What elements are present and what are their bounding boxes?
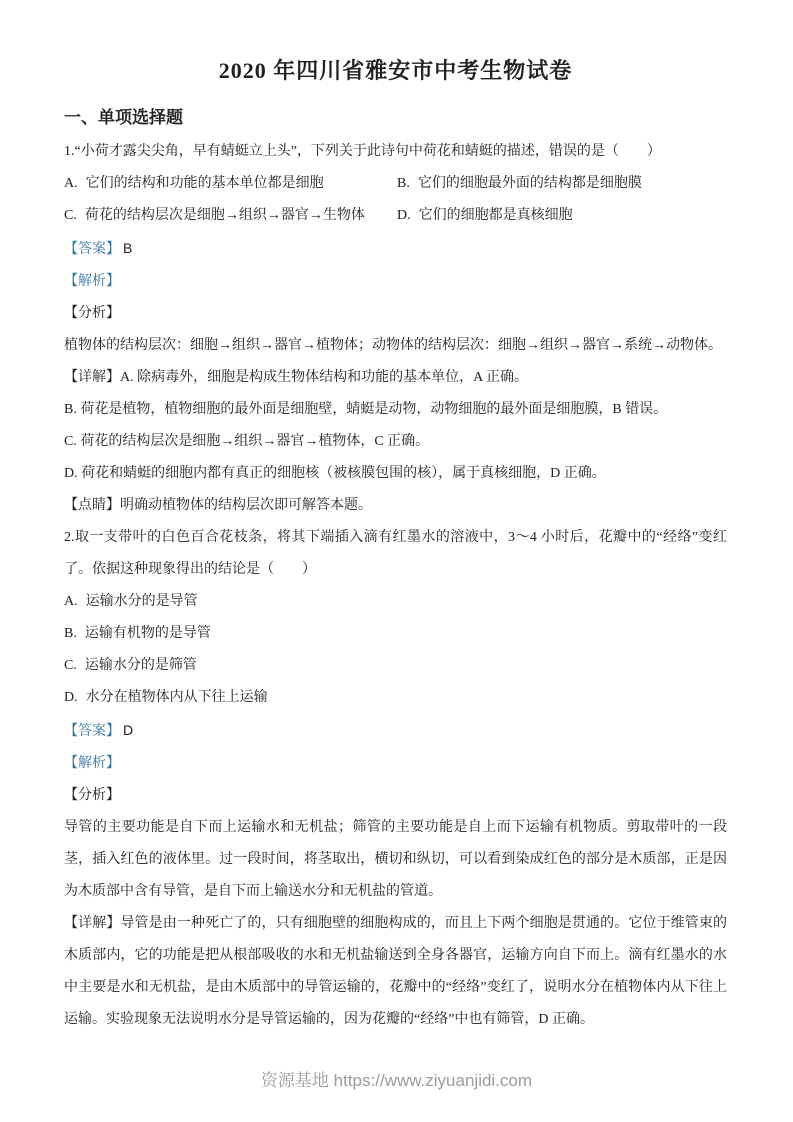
question-stem-text: 取一支带叶的白色百合花枝条，将其下端插入滴有红墨水的溶液中，3～4 小时后，花瓣…	[64, 530, 727, 577]
option-d-label: D.	[397, 200, 411, 232]
question-stem: 1.“小荷才露尖尖角，早有蜻蜓立上头”，下列关于此诗句中荷花和蜻蜓的描述，错误的…	[64, 136, 727, 168]
option-b-text: 运输有机物的是导管	[85, 626, 211, 641]
page-footer: 资源基地 https://www.ziyuanjidi.com	[0, 1066, 793, 1091]
analysis-label: 【分析】	[64, 788, 120, 803]
page-title: 2020 年四川省雅安市中考生物试卷	[64, 57, 727, 85]
explanation-label: 【解析】	[64, 756, 120, 771]
document-page: 2020 年四川省雅安市中考生物试卷 一、单项选择题 1.“小荷才露尖尖角，早有…	[0, 0, 793, 1036]
analysis-label: 【分析】	[64, 306, 120, 321]
option-b-label: B.	[64, 618, 77, 650]
option-a: A.运输水分的是导管	[64, 586, 727, 618]
answer-label: 【答案】	[64, 724, 120, 739]
explanation-line: 【解析】	[64, 266, 727, 298]
question-2: 2.取一支带叶的白色百合花枝条，将其下端插入滴有红墨水的溶液中，3～4 小时后，…	[64, 522, 727, 1036]
option-b: B.它们的细胞最外面的结构都是细胞膜	[397, 168, 727, 200]
exam-content: 1.“小荷才露尖尖角，早有蜻蜓立上头”，下列关于此诗句中荷花和蜻蜓的描述，错误的…	[64, 136, 727, 1036]
option-c-label: C.	[64, 200, 77, 232]
answer-value: D	[123, 722, 133, 738]
detail-paragraph-c: C. 荷花的结构层次是细胞→组织→器官→植物体，C 正确。	[64, 426, 727, 458]
option-a: A.它们的结构和功能的基本单位都是细胞	[64, 168, 397, 200]
options-grid: A.它们的结构和功能的基本单位都是细胞 B.它们的细胞最外面的结构都是细胞膜 C…	[64, 168, 727, 232]
analysis-heading-line: 【分析】	[64, 298, 727, 330]
section-heading: 一、单项选择题	[64, 106, 727, 130]
option-b-label: B.	[397, 168, 410, 200]
question-stem-text: “小荷才露尖尖角，早有蜻蜓立上头”，下列关于此诗句中荷花和蜻蜓的描述，错误的是（…	[75, 144, 661, 159]
explanation-line: 【解析】	[64, 748, 727, 780]
option-d-text: 它们的细胞都是真核细胞	[419, 208, 573, 223]
option-b: B.运输有机物的是导管	[64, 618, 727, 650]
option-a-text: 它们的结构和功能的基本单位都是细胞	[86, 176, 324, 191]
detail-label: 【详解】	[64, 916, 120, 931]
detail-text: 导管是由一种死亡了的，只有细胞壁的细胞构成的，而且上下两个细胞是贯通的。它位于维…	[64, 916, 727, 1027]
option-c-text: 荷花的结构层次是细胞→组织→器官→生物体	[85, 208, 365, 223]
option-a-label: A.	[64, 168, 78, 200]
option-d: D.它们的细胞都是真核细胞	[397, 200, 727, 232]
option-a-label: A.	[64, 586, 78, 618]
detail-paragraph: 【详解】导管是由一种死亡了的，只有细胞壁的细胞构成的，而且上下两个细胞是贯通的。…	[64, 908, 727, 1036]
tip-line: 【点睛】明确动植物体的结构层次即可解答本题。	[64, 490, 727, 522]
answer-line: 【答案】D	[64, 714, 727, 748]
option-c: C.运输水分的是筛管	[64, 650, 727, 682]
explanation-label: 【解析】	[64, 274, 120, 289]
answer-line: 【答案】B	[64, 232, 727, 266]
detail-text-a: A. 除病毒外，细胞是构成生物体结构和功能的基本单位，A 正确。	[120, 370, 528, 385]
detail-paragraph-a: 【详解】A. 除病毒外，细胞是构成生物体结构和功能的基本单位，A 正确。	[64, 362, 727, 394]
detail-label: 【详解】	[64, 370, 120, 385]
question-number: 2.	[64, 530, 75, 545]
question-stem: 2.取一支带叶的白色百合花枝条，将其下端插入滴有红墨水的溶液中，3～4 小时后，…	[64, 522, 727, 586]
option-d: D.水分在植物体内从下往上运输	[64, 682, 727, 714]
option-d-label: D.	[64, 682, 78, 714]
option-c-label: C.	[64, 650, 77, 682]
option-d-text: 水分在植物体内从下往上运输	[86, 690, 268, 705]
analysis-heading-line: 【分析】	[64, 780, 727, 812]
option-a-text: 运输水分的是导管	[86, 594, 198, 609]
option-c-text: 运输水分的是筛管	[85, 658, 197, 673]
tip-label: 【点睛】	[64, 498, 120, 513]
analysis-text: 植物体的结构层次：细胞→组织→器官→植物体；动物体的结构层次：细胞→组织→器官→…	[64, 330, 727, 362]
tip-text: 明确动植物体的结构层次即可解答本题。	[120, 498, 372, 513]
answer-value: B	[123, 240, 132, 256]
option-c: C.荷花的结构层次是细胞→组织→器官→生物体	[64, 200, 397, 232]
option-b-text: 它们的细胞最外面的结构都是细胞膜	[418, 176, 642, 191]
detail-paragraph-b: B. 荷花是植物，植物细胞的最外面是细胞壁，蜻蜓是动物，动物细胞的最外面是细胞膜…	[64, 394, 727, 426]
analysis-text: 导管的主要功能是自下而上运输水和无机盐；筛管的主要功能是自上而下运输有机物质。剪…	[64, 812, 727, 908]
question-1: 1.“小荷才露尖尖角，早有蜻蜓立上头”，下列关于此诗句中荷花和蜻蜓的描述，错误的…	[64, 136, 727, 522]
answer-label: 【答案】	[64, 242, 120, 257]
detail-paragraph-d: D. 荷花和蜻蜓的细胞内都有真正的细胞核（被核膜包围的核），属于真核细胞，D 正…	[64, 458, 727, 490]
question-number: 1.	[64, 144, 75, 159]
